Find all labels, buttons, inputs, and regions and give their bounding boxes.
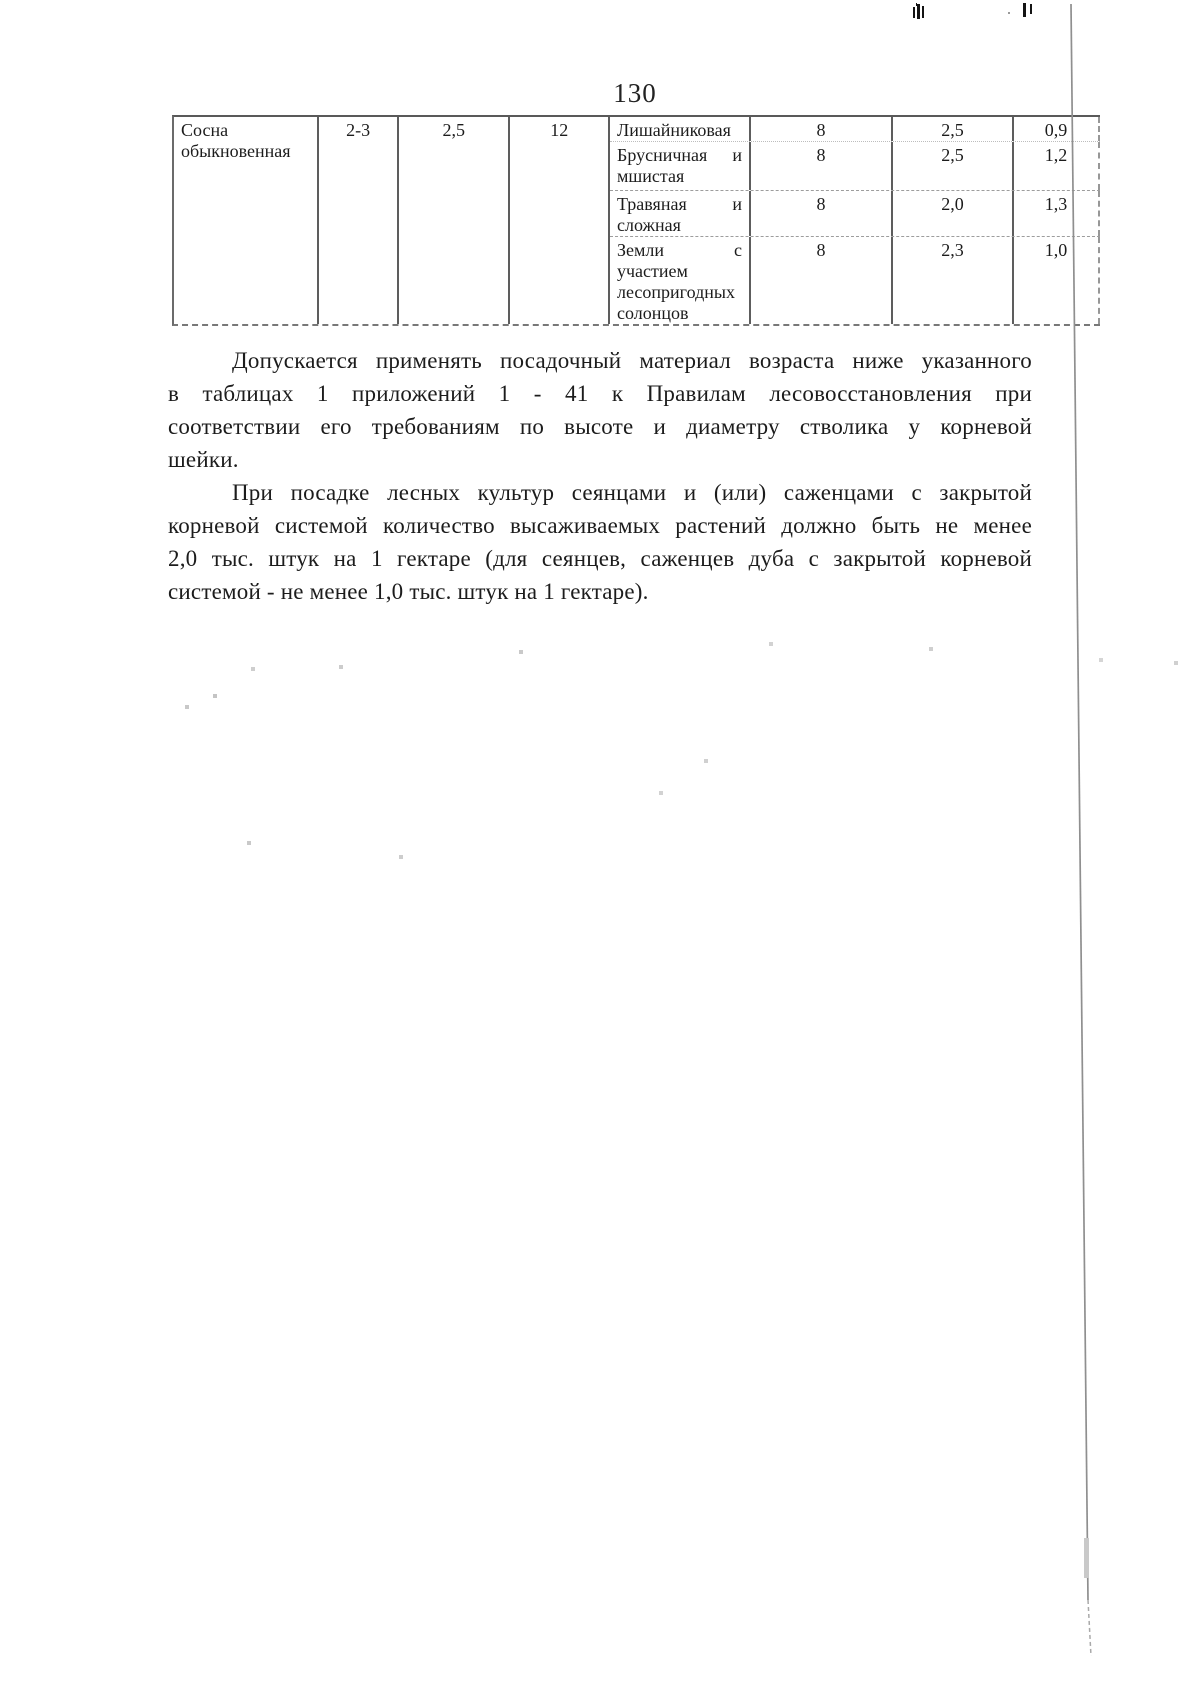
paragraph-line: 2,0 тыс. штук на 1 гектаре (для сеянцев,… — [168, 542, 1032, 575]
value-cell: 2,5 — [893, 142, 1014, 190]
table-cell-age: 2-3 — [319, 117, 399, 324]
value-cell: 2,5 — [893, 117, 1014, 141]
paragraph-line: системой - не менее 1,0 тыс. штук на 1 г… — [168, 575, 1032, 608]
value-cell: 1,3 — [1014, 191, 1100, 236]
site-type-cell: Земли с участием лесопригодных солонцов — [610, 237, 751, 324]
value-cell: 0,9 — [1014, 117, 1100, 141]
table-subrows: Лишайниковая 8 2,5 0,9 Брусничная и мшис… — [610, 117, 1100, 324]
table-row: Травяная и сложная 8 2,0 1,3 — [610, 191, 1100, 237]
paragraph-line: соответствии его требованиям по высоте и… — [168, 410, 1032, 443]
value-cell: 1,2 — [1014, 142, 1100, 190]
paragraph-line: Допускается применять посадочный материа… — [168, 344, 1032, 377]
table-row: Земли с участием лесопригодных солонцов … — [610, 237, 1100, 324]
ink-mark-right — [1008, 3, 1032, 17]
ink-mark-left — [913, 3, 924, 19]
body-text: Допускается применять посадочный материа… — [168, 344, 1032, 608]
page-number: 130 — [575, 78, 695, 109]
value-cell: 2,0 — [893, 191, 1014, 236]
site-type-cell: Травяная и сложная — [610, 191, 751, 236]
value-cell: 8 — [751, 142, 893, 190]
table-row: Лишайниковая 8 2,5 0,9 — [610, 117, 1100, 142]
paragraph-line: шейки. — [168, 443, 1032, 476]
table-row: Брусничная и мшистая 8 2,5 1,2 — [610, 142, 1100, 191]
value-cell: 2,3 — [893, 237, 1014, 324]
site-type-cell: Брусничная и мшистая — [610, 142, 751, 190]
value-cell: 8 — [751, 117, 893, 141]
paragraph-line: в таблицах 1 приложений 1 - 41 к Правила… — [168, 377, 1032, 410]
scan-noise — [0, 0, 2, 2]
fold-line-smudge — [1084, 1538, 1089, 1578]
reforestation-table: Сосна обыкновенная 2-3 2,5 12 Лишайников… — [172, 115, 1100, 326]
value-cell: 8 — [751, 237, 893, 324]
table-cell-diameter: 12 — [510, 117, 610, 324]
fold-line-tail — [1088, 1600, 1091, 1656]
paragraph-line: При посадке лесных культур сеянцами и (и… — [168, 476, 1032, 509]
table-cell-height: 2,5 — [399, 117, 510, 324]
site-type-cell: Лишайниковая — [610, 117, 751, 141]
value-cell: 8 — [751, 191, 893, 236]
value-cell: 1,0 — [1014, 237, 1100, 324]
scanned-document-page: 130 Сосна обыкновенная 2-3 2,5 12 Лишайн… — [0, 0, 1200, 1682]
paragraph-line: корневой системой количество высаживаемы… — [168, 509, 1032, 542]
table-cell-species: Сосна обыкновенная — [174, 117, 319, 324]
